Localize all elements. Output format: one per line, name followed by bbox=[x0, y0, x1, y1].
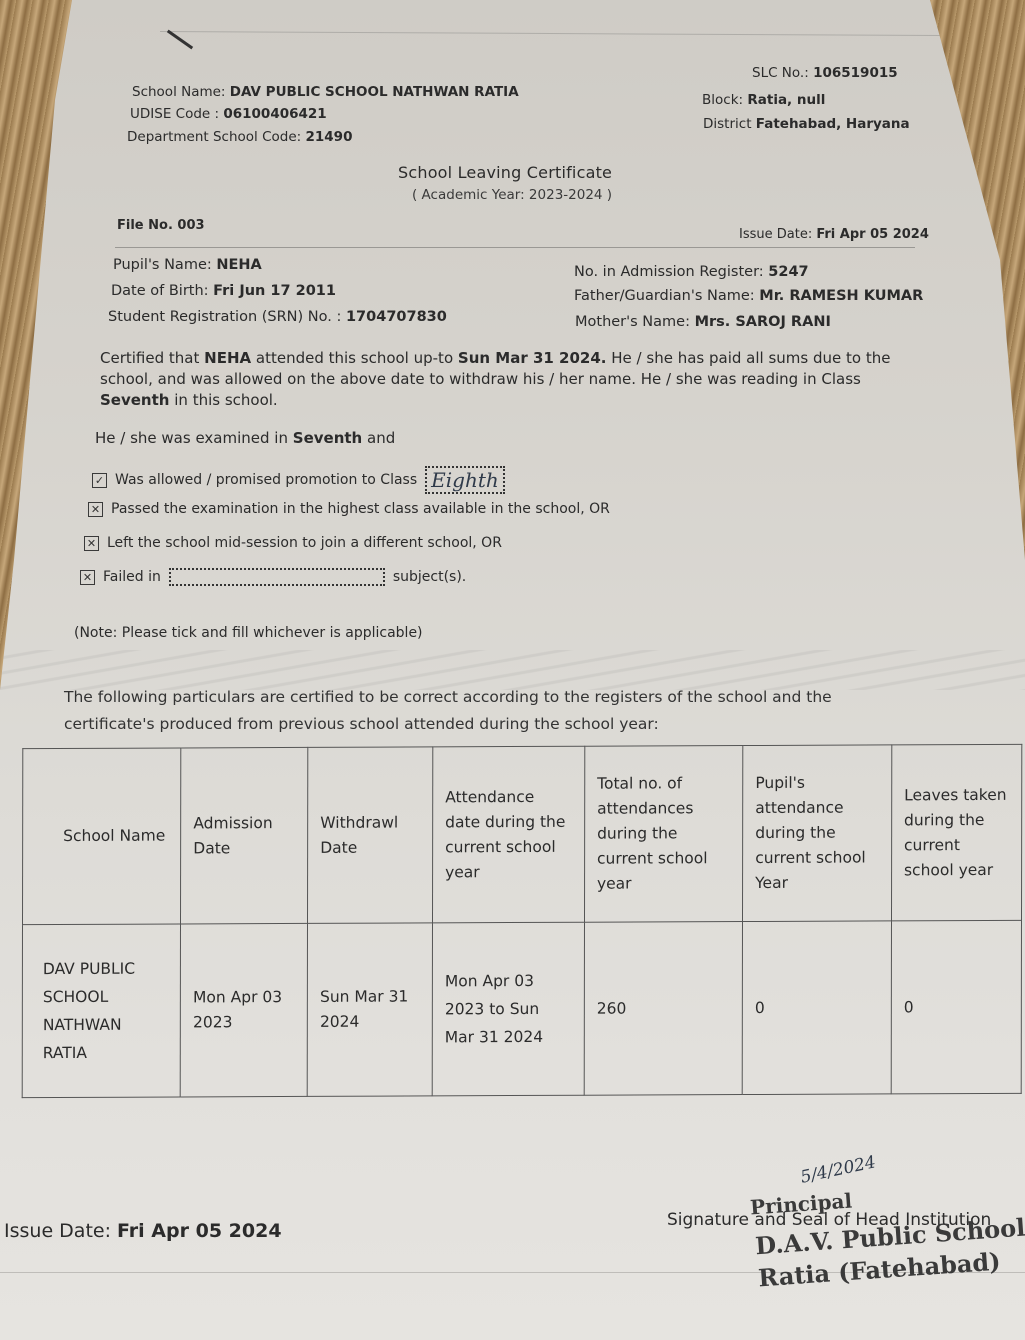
certification-paragraph: Certified that NEHA attended this school… bbox=[100, 348, 900, 411]
promotion-class-handwritten: Eighth bbox=[431, 468, 499, 492]
option-failed-text: Failed in bbox=[103, 569, 161, 585]
udise-label: UDISE Code : bbox=[130, 106, 219, 122]
cell-total-attendances: 260 bbox=[584, 922, 742, 1096]
issue-date-value: Fri Apr 05 2024 bbox=[816, 227, 929, 242]
district-label: District bbox=[703, 116, 752, 132]
cert-pupil-name: NEHA bbox=[204, 349, 251, 367]
dob-value: Fri Jun 17 2011 bbox=[213, 283, 336, 299]
cert-leave-date: Sun Mar 31 2024. bbox=[458, 349, 607, 367]
footer-issue-date-value: Fri Apr 05 2024 bbox=[117, 1220, 282, 1242]
handwritten-signature-date: 5/4/2024 bbox=[799, 1152, 878, 1187]
pupil-name-label: Pupil's Name: bbox=[113, 257, 212, 273]
exam-text-2: and bbox=[367, 429, 395, 447]
certificate-document: School Name: DAV PUBLIC SCHOOL NATHWAN R… bbox=[0, 0, 1025, 1340]
option-left: ✕ Left the school mid-session to join a … bbox=[84, 535, 502, 551]
cert-class: Seventh bbox=[100, 391, 169, 409]
top-rule bbox=[160, 31, 940, 36]
header-pupil-attendance: Pupil's attendance during the current sc… bbox=[743, 745, 892, 922]
header-school-name: School Name bbox=[22, 748, 180, 925]
checkbox-failed[interactable]: ✕ bbox=[80, 570, 95, 585]
table-row: DAV PUBLIC SCHOOL NATHWAN RATIA Mon Apr … bbox=[22, 920, 1021, 1097]
promotion-class-field[interactable]: Eighth bbox=[425, 466, 505, 494]
block-label: Block: bbox=[702, 92, 743, 108]
dob-label: Date of Birth: bbox=[111, 283, 209, 299]
cell-pupil-attendance: 0 bbox=[742, 921, 891, 1095]
certificate-title: School Leaving Certificate bbox=[398, 163, 612, 182]
pupil-name-line: Pupil's Name: NEHA bbox=[113, 257, 262, 273]
district-value: Fatehabad, Haryana bbox=[756, 116, 910, 132]
dob-line: Date of Birth: Fri Jun 17 2011 bbox=[111, 283, 336, 299]
option-failed: ✕ Failed in subject(s). bbox=[80, 568, 466, 586]
issue-date-label: Issue Date: bbox=[739, 227, 812, 242]
header-total-attendances: Total no. of attendances during the curr… bbox=[584, 746, 742, 923]
footer-issue-date-label: Issue Date: bbox=[4, 1220, 111, 1242]
cell-withdrawl-date: Sun Mar 31 2024 bbox=[307, 923, 432, 1097]
mother-line: Mother's Name: Mrs. SAROJ RANI bbox=[575, 314, 831, 330]
admission-number: 5247 bbox=[768, 264, 808, 280]
admission-line: No. in Admission Register: 5247 bbox=[574, 264, 809, 280]
district-line: District Fatehabad, Haryana bbox=[703, 116, 910, 132]
attendance-table: School Name Admission Date Withdrawl Dat… bbox=[22, 744, 1023, 1098]
option-passed: ✕ Passed the examination in the highest … bbox=[88, 501, 610, 517]
father-name: Mr. RAMESH KUMAR bbox=[759, 288, 923, 304]
option-promotion-text: Was allowed / promised promotion to Clas… bbox=[115, 472, 417, 488]
school-name-label: School Name: bbox=[132, 84, 226, 100]
pen-mark bbox=[167, 30, 193, 50]
header-leaves-taken: Leaves taken during the current school y… bbox=[891, 744, 1021, 921]
issue-date-top: Issue Date: Fri Apr 05 2024 bbox=[739, 227, 929, 242]
slc-number: 106519015 bbox=[813, 65, 898, 81]
option-left-text: Left the school mid-session to join a di… bbox=[107, 535, 502, 551]
udise-line: UDISE Code : 06100406421 bbox=[130, 106, 327, 122]
mother-name: Mrs. SAROJ RANI bbox=[695, 314, 831, 330]
admission-label: No. in Admission Register: bbox=[574, 264, 764, 280]
particulars-text: The following particulars are certified … bbox=[64, 684, 894, 738]
option-passed-text: Passed the examination in the highest cl… bbox=[111, 501, 610, 517]
header-withdrawl-date: Withdrawl Date bbox=[308, 747, 433, 924]
dept-code-label: Department School Code: bbox=[127, 129, 301, 145]
father-line: Father/Guardian's Name: Mr. RAMESH KUMAR bbox=[574, 288, 923, 304]
checkbox-passed[interactable]: ✕ bbox=[88, 502, 103, 517]
block-line: Block: Ratia, null bbox=[702, 92, 825, 108]
pupil-name: NEHA bbox=[216, 257, 261, 273]
header-attendance-dates: Attendance date during the current schoo… bbox=[432, 746, 584, 923]
slc-label: SLC No.: bbox=[752, 65, 809, 81]
header-divider bbox=[115, 247, 915, 248]
cell-school-name: DAV PUBLIC SCHOOL NATHWAN RATIA bbox=[22, 924, 180, 1098]
cert-text-2: attended this school up-to bbox=[256, 349, 453, 367]
school-name-line: School Name: DAV PUBLIC SCHOOL NATHWAN R… bbox=[132, 84, 519, 100]
mother-label: Mother's Name: bbox=[575, 314, 690, 330]
option-promotion: ✓ Was allowed / promised promotion to Cl… bbox=[92, 466, 505, 494]
cert-text-4: in this school. bbox=[174, 391, 277, 409]
file-number: File No. 003 bbox=[117, 218, 205, 233]
srn-value: 1704707830 bbox=[346, 309, 447, 325]
cert-text-1: Certified that bbox=[100, 349, 199, 367]
srn-label: Student Registration (SRN) No. : bbox=[108, 309, 341, 325]
cell-leaves-taken: 0 bbox=[891, 920, 1021, 1094]
exam-class: Seventh bbox=[293, 429, 362, 447]
srn-line: Student Registration (SRN) No. : 1704707… bbox=[108, 309, 447, 325]
cell-attendance-dates: Mon Apr 03 2023 to Sun Mar 31 2024 bbox=[432, 922, 584, 1096]
slc-line: SLC No.: 106519015 bbox=[752, 65, 898, 81]
cell-admission-date: Mon Apr 03 2023 bbox=[180, 923, 307, 1097]
checkbox-promotion[interactable]: ✓ bbox=[92, 473, 107, 488]
header-admission-date: Admission Date bbox=[181, 747, 308, 924]
school-name: DAV PUBLIC SCHOOL NATHWAN RATIA bbox=[230, 84, 519, 100]
examined-line: He / she was examined in Seventh and bbox=[95, 428, 395, 449]
father-label: Father/Guardian's Name: bbox=[574, 288, 755, 304]
note-text: (Note: Please tick and fill whichever is… bbox=[74, 625, 423, 641]
udise-code: 06100406421 bbox=[223, 106, 326, 122]
checkbox-left[interactable]: ✕ bbox=[84, 536, 99, 551]
block-value: Ratia, null bbox=[747, 92, 825, 108]
dept-code: 21490 bbox=[306, 129, 353, 145]
footer-issue-date: Issue Date: Fri Apr 05 2024 bbox=[4, 1220, 282, 1242]
academic-year: ( Academic Year: 2023-2024 ) bbox=[412, 187, 612, 203]
option-failed-suffix: subject(s). bbox=[393, 569, 466, 585]
failed-subjects-field[interactable] bbox=[169, 568, 385, 586]
table-header-row: School Name Admission Date Withdrawl Dat… bbox=[22, 744, 1021, 924]
exam-text-1: He / she was examined in bbox=[95, 429, 288, 447]
dept-code-line: Department School Code: 21490 bbox=[127, 129, 352, 145]
